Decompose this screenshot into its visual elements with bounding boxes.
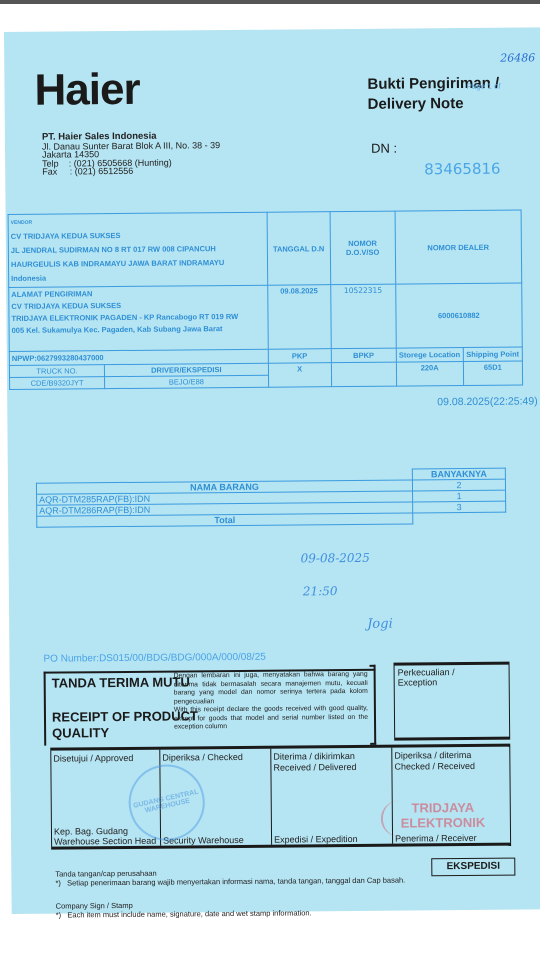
footer-notes: Tanda tangan/cap perusahaan *) Setiap pe…: [55, 867, 405, 920]
storage-header: Storege Location: [396, 348, 463, 363]
haier-logo: Haier: [34, 65, 140, 116]
nomor-do-header: NOMOR D.O.V/SO: [330, 211, 396, 285]
receipt-text-en: With this receipt declare the goods rece…: [174, 705, 368, 732]
vendor-cell: VENDOR CV TRIDJAYA KEDUA SUKSES JL JENDR…: [8, 212, 267, 287]
info-table: VENDOR CV TRIDJAYA KEDUA SUKSES JL JENDR…: [8, 209, 524, 389]
pkp-value: X: [268, 363, 331, 388]
company-block: PT. Haier Sales Indonesia Jl. Danau Sunt…: [42, 131, 220, 176]
shipping-header: Shipping Point: [463, 347, 522, 362]
handwritten-time: 21:50: [303, 584, 338, 598]
pkp-header: PKP: [268, 349, 331, 364]
shipping-value: 65D1: [463, 361, 522, 386]
dealer-stamp: TRIDJAYA ELEKTRONIK: [381, 800, 503, 837]
handwritten-ref: 26486: [500, 51, 535, 64]
nomor-dealer-header: NOMOR DEALER: [395, 210, 522, 284]
item-qty-2: 1: [413, 490, 506, 502]
total-qty: 3: [413, 501, 506, 513]
storage-value: 220A: [396, 362, 463, 387]
nomor-do-value: 10522315: [330, 284, 396, 349]
nomor-dealer-value: 6000610882: [395, 283, 522, 348]
items-table: BANYAKNYA NAMA BARANG 2 AQR-DTM285RAP(FB…: [36, 468, 506, 528]
truck-value: CDE/B9320JYT: [10, 377, 105, 390]
info-table-wrap: VENDOR CV TRIDJAYA KEDUA SUKSES JL JENDR…: [8, 209, 524, 389]
items-table-wrap: BANYAKNYA NAMA BARANG 2 AQR-DTM285RAP(FB…: [36, 468, 506, 528]
exception-label: Perkecualian / Exception: [395, 665, 471, 690]
vendor-country: Indonesia: [11, 270, 265, 286]
truck-header: TRUCK NO.: [9, 365, 104, 378]
company-fax: Fax : (021) 6512556: [42, 166, 220, 176]
qty-header: BANYAKNYA: [412, 468, 505, 480]
delivery-note-paper: Haier PT. Haier Sales Indonesia Jl. Dana…: [4, 27, 540, 914]
handwritten-signature: Jogi: [367, 617, 393, 632]
receipt-title-id: TANDA TERIMA MUTU: [52, 674, 190, 690]
driver-value: BEJO/E88: [105, 375, 269, 388]
page-indicator: Page 1 of: [466, 82, 500, 91]
handwritten-date: 09-08-2025: [301, 551, 370, 566]
exception-box: Perkecualian / Exception: [394, 662, 511, 741]
signature-delivered: Diterima / dikirimkan Received / Deliver…: [270, 748, 392, 845]
scan-edge: [0, 0, 540, 4]
bpkp-header: BPKP: [331, 348, 396, 363]
ship-address-2: 005 Kel. Sukamulya Kec. Pagaden, Kab Sub…: [12, 323, 266, 337]
bpkp-value: [331, 362, 396, 387]
po-number: PO Number:DS015/00/BDG/BDG/000A/000/08/2…: [43, 652, 265, 665]
ship-address-1: TRIDJAYA ELEKTRONIK PAGADEN - KP Rancabo…: [11, 311, 265, 325]
receipt-text-id: Dengan lembaran ini juga, menyatakan bah…: [174, 671, 368, 707]
copy-label-ekspedisi: EKSPEDISI: [431, 858, 515, 877]
footer-note-en: *) Each item must include name, signatur…: [56, 908, 406, 920]
receipt-bracket-right: [370, 665, 377, 745]
dn-number: 83465816: [424, 160, 501, 179]
tanggal-value: 09.08.2025: [267, 285, 331, 350]
item-qty-1: 2: [412, 479, 505, 491]
doc-title-en: Delivery Note: [368, 94, 500, 115]
ship-to-cell: ALAMAT PENGIRIMAN CV TRIDJAYA KEDUA SUKS…: [9, 285, 268, 351]
tanggal-header: TANGGAL D.N: [267, 212, 331, 286]
doc-title: Bukti Pengiriman / Delivery Note: [367, 74, 499, 115]
dn-label: DN :: [371, 141, 397, 156]
printed-datetime: 09.08.2025(22:25:49): [437, 395, 538, 408]
